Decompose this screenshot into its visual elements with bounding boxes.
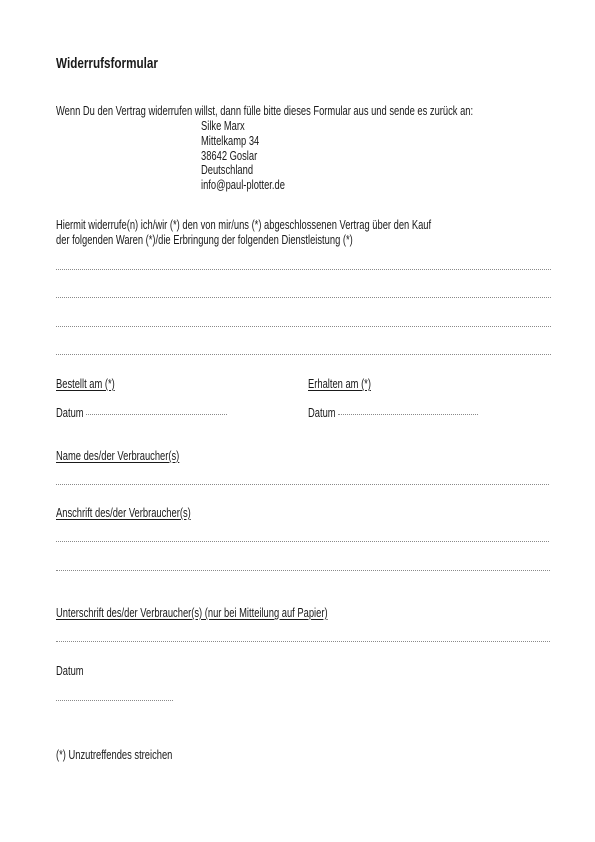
received-label: Erhalten am (*) [308, 375, 395, 393]
goods-field-line-2[interactable] [56, 297, 551, 298]
consumer-address-field-1[interactable] [56, 541, 549, 542]
goods-field-line-1[interactable] [56, 269, 551, 270]
ordered-date-label: Datum [56, 404, 94, 422]
address-email: info@paul-plotter.de [201, 176, 318, 194]
received-date-field[interactable] [338, 414, 478, 415]
ordered-date-field[interactable] [86, 414, 227, 415]
ordered-label: Bestellt am (*) [56, 375, 138, 393]
signature-date-label: Datum [56, 662, 94, 680]
intro-text: Wenn Du den Vertrag widerrufen willst, d… [56, 102, 595, 120]
page-title: Widerrufsformular [56, 55, 187, 73]
declaration-line-2: der folgenden Waren (*)/die Erbringung d… [56, 231, 468, 249]
footnote: (*) Unzutreffendes streichen [56, 746, 218, 764]
signature-label: Unterschrift des/der Verbraucher(s) (nur… [56, 604, 433, 622]
goods-field-line-4[interactable] [56, 354, 551, 355]
signature-field[interactable] [56, 641, 550, 642]
consumer-name-label: Name des/der Verbraucher(s) [56, 447, 227, 465]
consumer-address-label: Anschrift des/der Verbraucher(s) [56, 504, 243, 522]
consumer-name-field[interactable] [56, 484, 549, 485]
consumer-address-field-2[interactable] [56, 570, 550, 571]
signature-date-field[interactable] [56, 700, 173, 701]
goods-field-line-3[interactable] [56, 326, 551, 327]
received-date-label: Datum [308, 404, 346, 422]
